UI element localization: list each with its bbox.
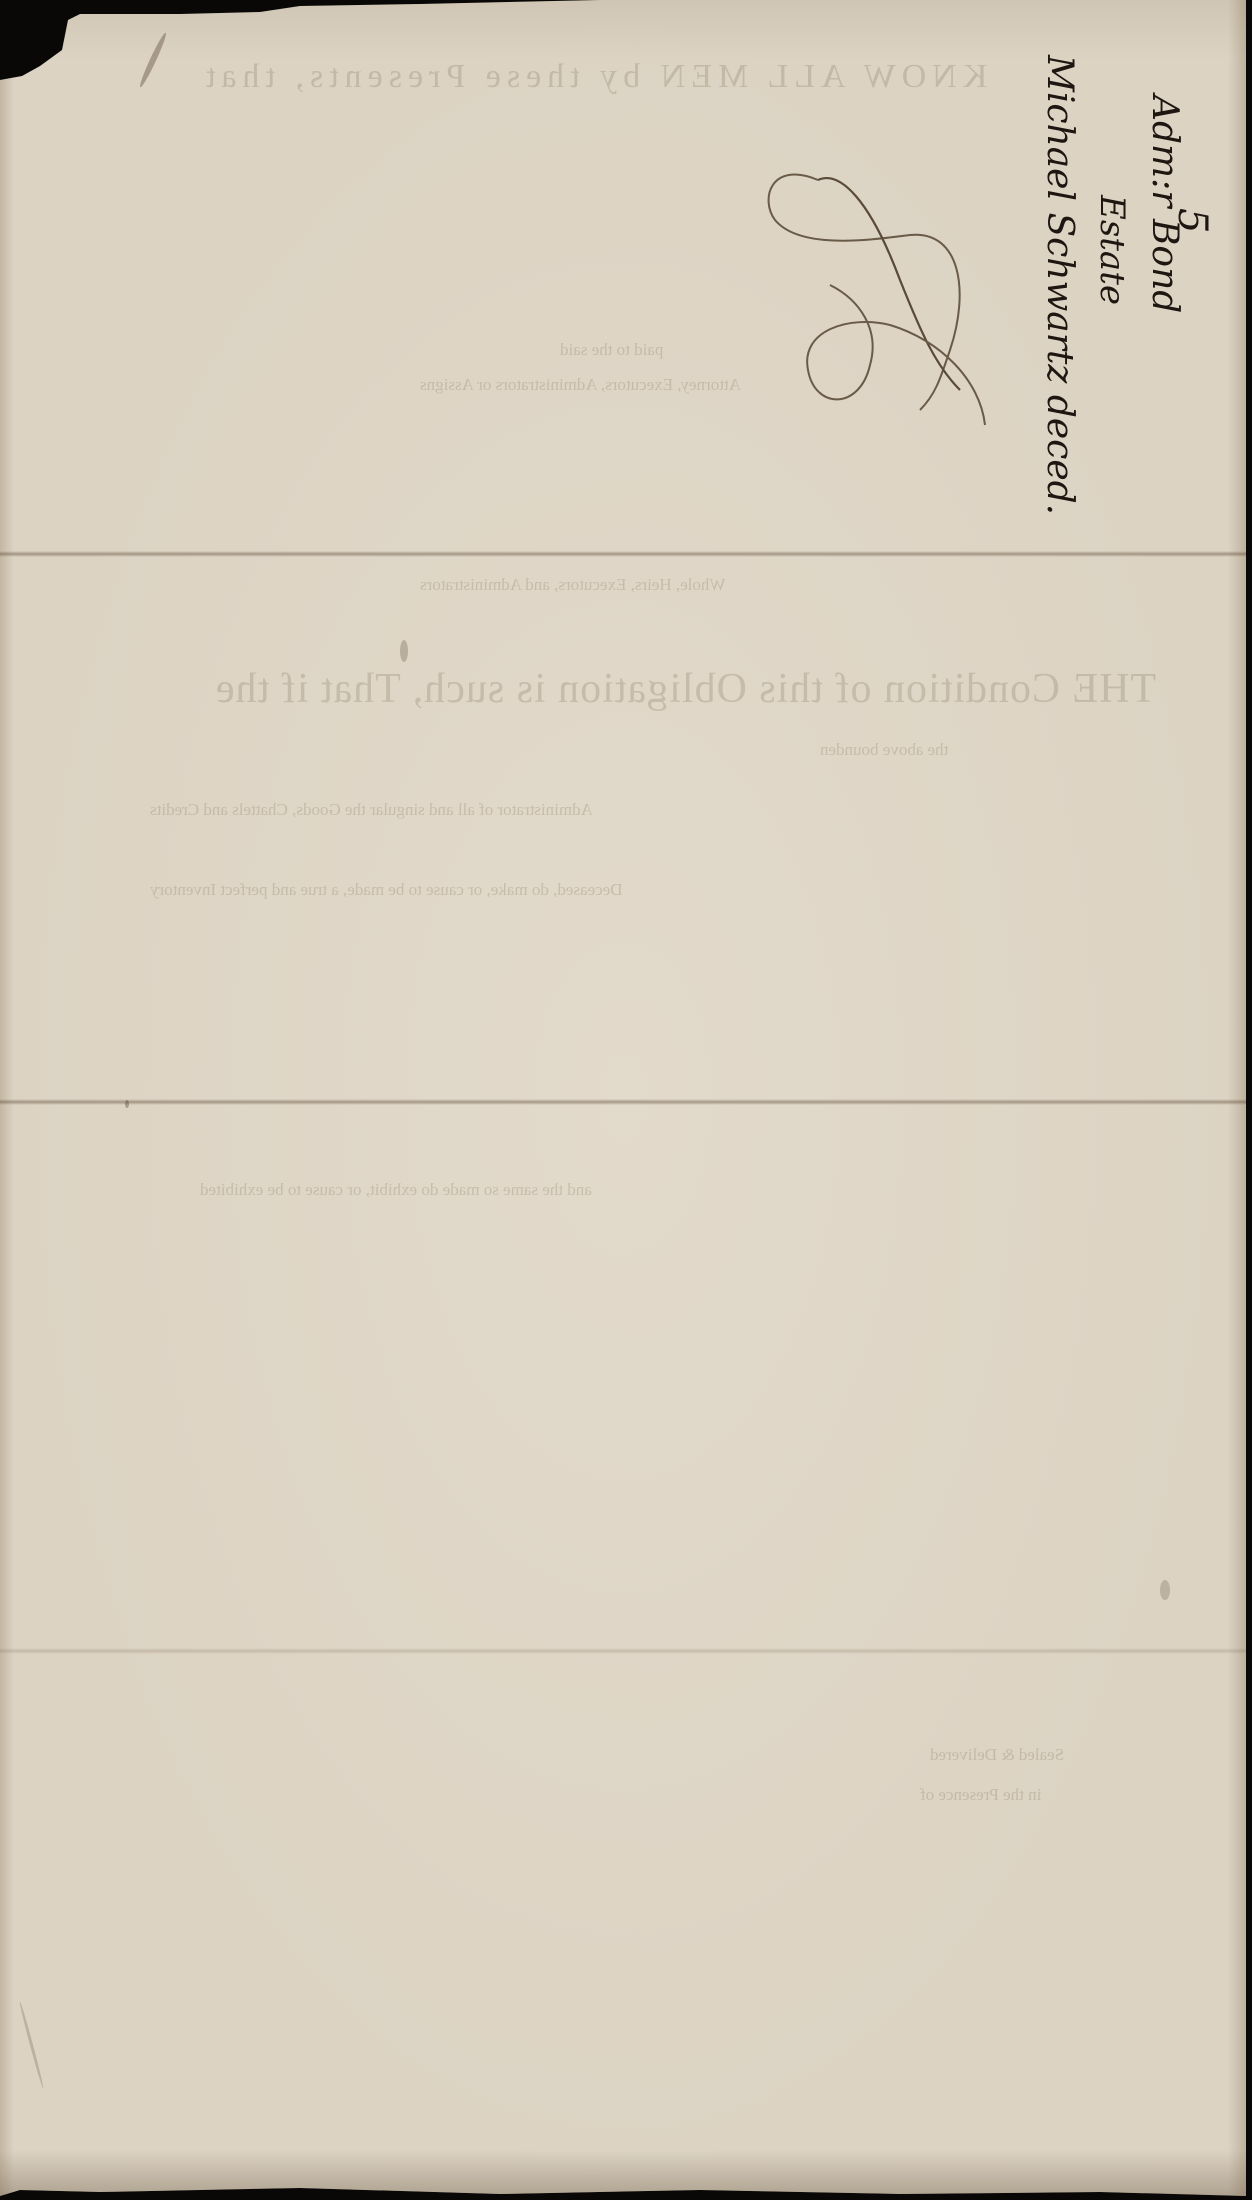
bleed-header: KNOW ALL MEN by these Presents, that <box>200 58 987 96</box>
ink-stain <box>400 640 408 662</box>
bleed-line: Attorney, Executors, Administrators or A… <box>420 375 741 395</box>
docket-bond-type: Adm:r Bond <box>1144 95 1185 313</box>
fold-line-middle <box>0 1099 1246 1105</box>
bleed-line: paid to the said <box>560 340 663 360</box>
bleed-line: the above bounden <box>820 740 948 760</box>
ink-speck <box>125 1100 129 1108</box>
bleed-line: Sealed & Delivered <box>930 1745 1064 1765</box>
bleed-line: Deceased, do make, or cause to be made, … <box>150 880 622 900</box>
fold-line-lower <box>0 1648 1246 1654</box>
ink-stain <box>1160 1580 1170 1600</box>
bleed-line: Whole, Heirs, Executors, and Administrat… <box>420 575 725 595</box>
docket-estate: Estate <box>1092 195 1132 305</box>
fold-line-upper <box>0 551 1246 557</box>
bleed-condition: THE Condition of this Obligation is such… <box>215 665 1156 713</box>
bleed-line: in the Presence of <box>920 1785 1041 1805</box>
pen-flourish-icon <box>760 140 1000 430</box>
bleed-line: and the same so made do exhibit, or caus… <box>200 1180 592 1200</box>
bleed-line: Administrator of all and singular the Go… <box>150 800 593 820</box>
docket-decedent-name: Michael Schwartz deced. <box>1039 55 1080 515</box>
